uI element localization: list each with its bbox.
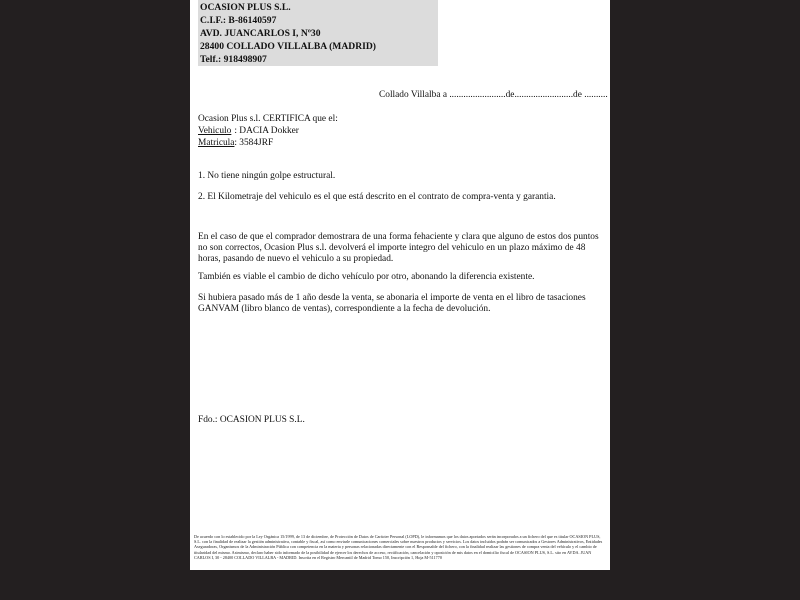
vehicle-row: Vehiculo : DACIA Dokker xyxy=(198,126,299,136)
vehicle-value: : DACIA Dokker xyxy=(234,126,299,136)
certifies-text: Ocasion Plus s.l. CERTIFICA que el: xyxy=(198,114,338,124)
point-2: 2. El Kilometraje del vehiculo es el que… xyxy=(198,192,556,202)
vehicle-label: Vehiculo xyxy=(198,126,232,136)
ganvam-paragraph: Si hubiera pasado más de 1 año desde la … xyxy=(198,293,603,315)
company-cif: C.I.F.: B-86140597 xyxy=(198,14,438,27)
signature: Fdo.: OCASION PLUS S.L. xyxy=(198,415,305,425)
plate-row: Matricula : 3584JRF xyxy=(198,138,273,148)
company-phone: Telf.: 918498907 xyxy=(198,53,438,66)
date-line: Collado Villalba a .....................… xyxy=(379,90,608,100)
company-address: AVD. JUANCARLOS I, Nº30 xyxy=(198,27,438,40)
company-city: 28400 COLLADO VILLALBA (MADRID) xyxy=(198,40,438,53)
document-page: OCASION PLUS S.L. C.I.F.: B-86140597 AVD… xyxy=(190,0,610,570)
refund-paragraph: En el caso de que el comprador demostrar… xyxy=(198,232,603,265)
company-name: OCASION PLUS S.L. xyxy=(198,1,438,14)
point-1: 1. No tiene ningún golpe estructural. xyxy=(198,171,335,181)
plate-value: : 3584JRF xyxy=(234,138,273,148)
legal-footer: De acuerdo con lo establecido por la Ley… xyxy=(194,534,606,560)
plate-label: Matricula xyxy=(198,138,232,148)
company-header: OCASION PLUS S.L. C.I.F.: B-86140597 AVD… xyxy=(198,0,438,66)
exchange-paragraph: También es viable el cambio de dicho veh… xyxy=(198,272,603,283)
